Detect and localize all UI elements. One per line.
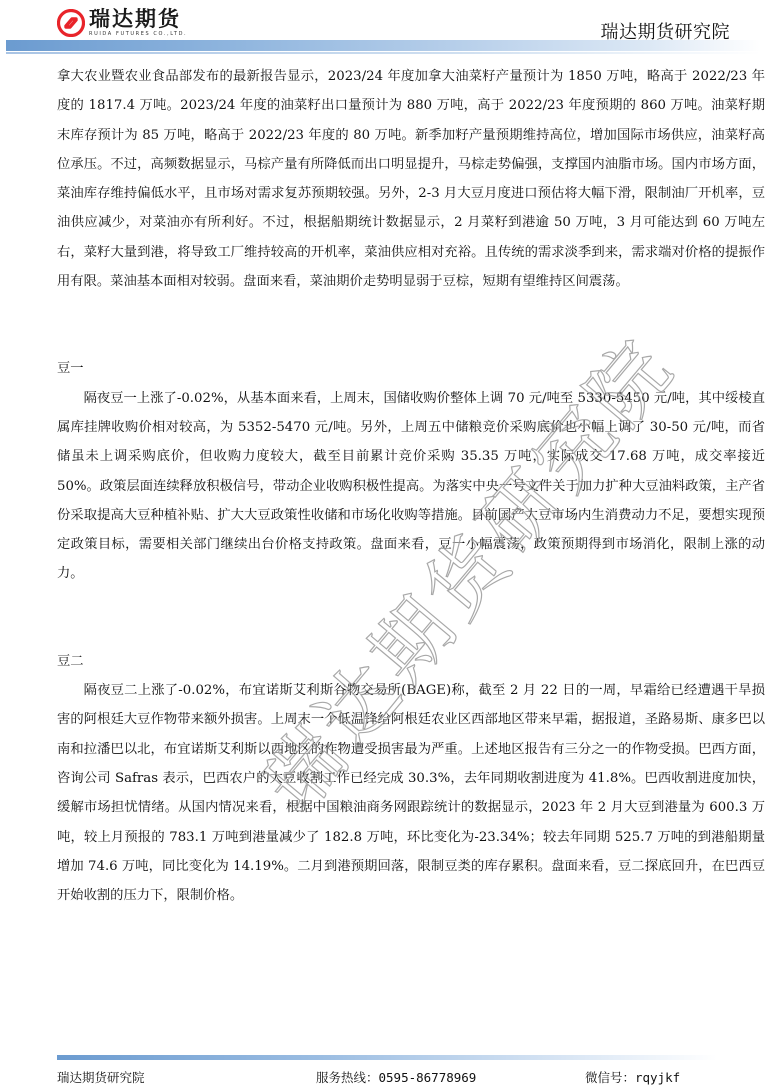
page-header: 瑞达期货 RUIDA FUTURES CO.,LTD. 瑞达期货研究院 xyxy=(0,0,770,60)
footer-wechat: 微信号：rqyjkf xyxy=(585,1068,680,1086)
paragraph: 拿大农业暨农业食品部发布的最新报告显示，2023/24 年度加拿大油菜籽产量预计… xyxy=(57,62,765,296)
section-soybean-2: 豆二 隔夜豆二上涨了-0.02%，布宜诺斯艾利斯谷物交易所(BAGE)称，截至 … xyxy=(57,647,765,911)
section-title: 豆二 xyxy=(57,647,765,676)
logo-english-name: RUIDA FUTURES CO.,LTD. xyxy=(89,31,187,38)
page-footer: 瑞达期货研究院 服务热线：0595-86778969 微信号：rqyjkf xyxy=(57,1068,765,1086)
paragraph: 隔夜豆二上涨了-0.02%，布宜诺斯艾利斯谷物交易所(BAGE)称，截至 2 月… xyxy=(57,676,765,910)
logo-chinese-name: 瑞达期货 xyxy=(89,8,187,30)
section-rapeseed-oil: 拿大农业暨农业食品部发布的最新报告显示，2023/24 年度加拿大油菜籽产量预计… xyxy=(57,62,765,296)
report-body: 拿大农业暨农业食品部发布的最新报告显示，2023/24 年度加拿大油菜籽产量预计… xyxy=(57,62,765,910)
section-soybean-1: 豆一 隔夜豆一上涨了-0.02%，从基本面来看，上周末，国储收购价整体上调 70… xyxy=(57,354,765,588)
header-gradient-bar xyxy=(6,40,761,51)
company-logo: 瑞达期货 RUIDA FUTURES CO.,LTD. xyxy=(57,6,187,40)
footer-gradient-bar xyxy=(57,1055,717,1060)
spacer xyxy=(57,296,765,325)
spacer xyxy=(57,589,765,618)
footer-org-name: 瑞达期货研究院 xyxy=(57,1068,145,1086)
footer-hotline: 服务热线：0595-86778969 xyxy=(316,1068,476,1086)
section-title: 豆一 xyxy=(57,354,765,383)
ruida-logo-icon xyxy=(57,9,85,37)
paragraph: 隔夜豆一上涨了-0.02%，从基本面来看，上周末，国储收购价整体上调 70 元/… xyxy=(57,384,765,589)
header-divider xyxy=(6,52,761,54)
